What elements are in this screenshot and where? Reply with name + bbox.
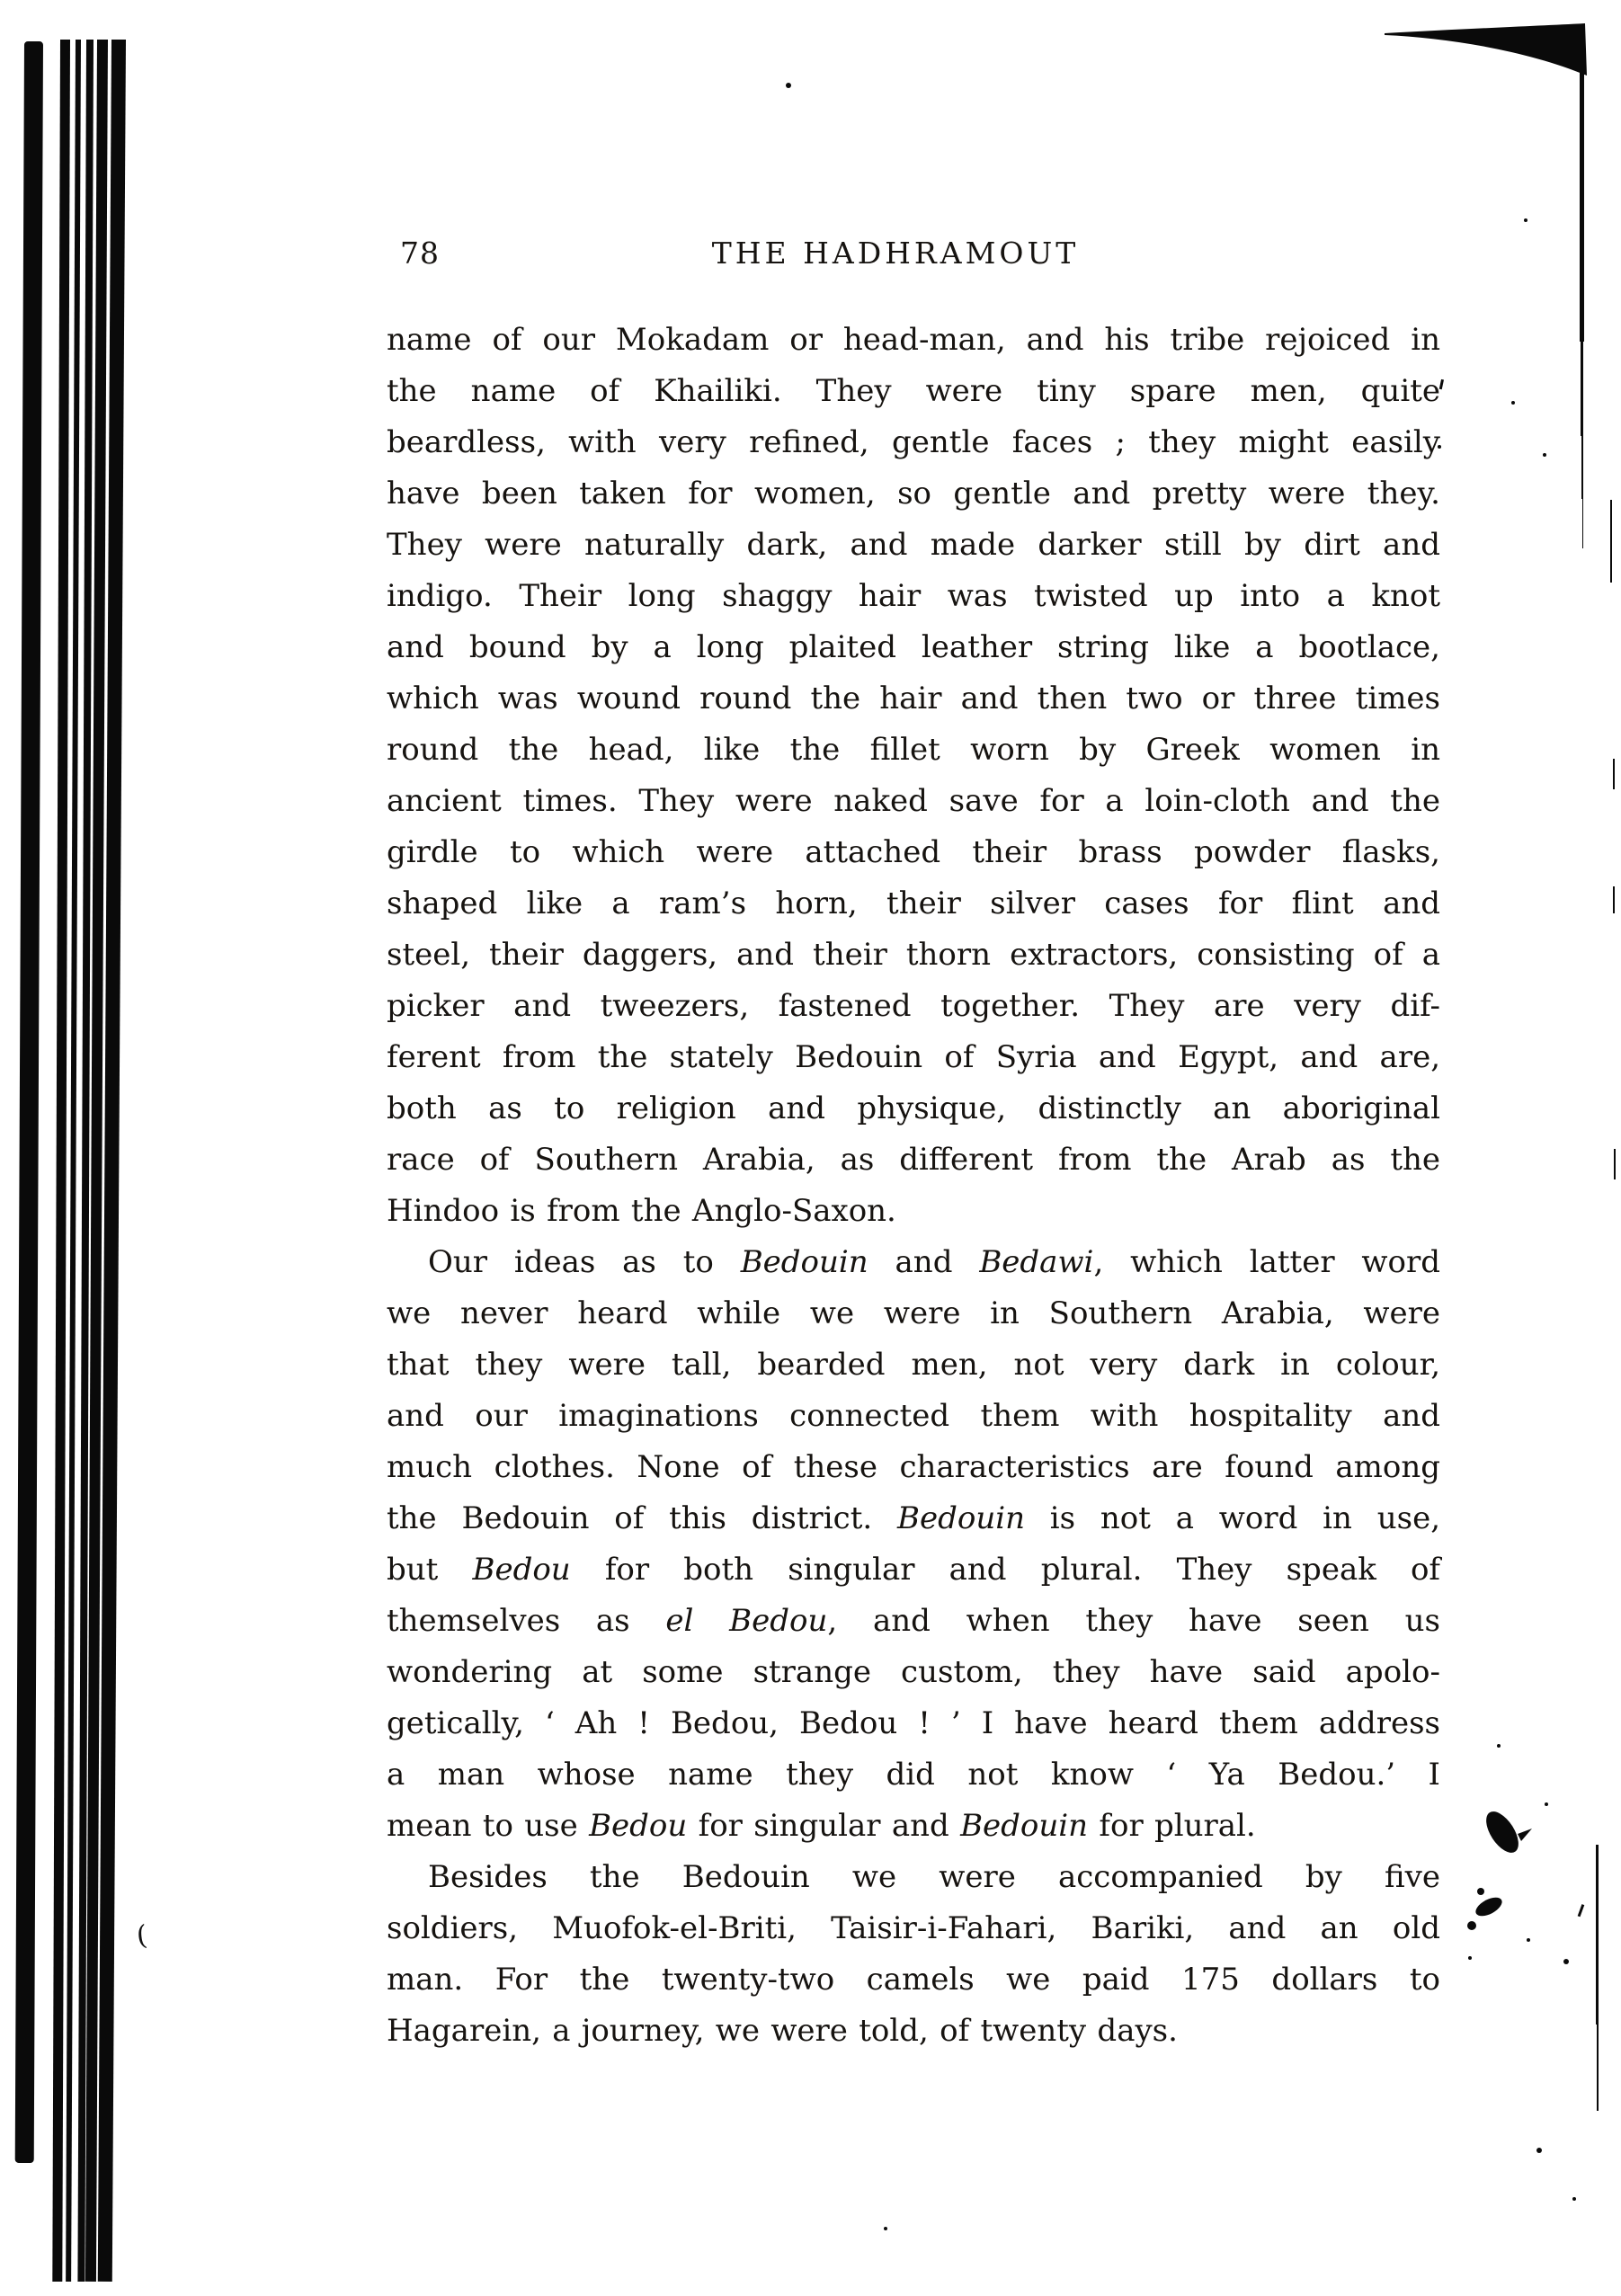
- ink-speck: [1468, 1956, 1472, 1960]
- ink-blot: [1518, 1829, 1532, 1841]
- margin-hairline: [1614, 1149, 1616, 1179]
- text-line: a man whose name they did not know ‘ Ya …: [387, 1749, 1440, 1801]
- text-line: beardless, with very refined, gentle fac…: [387, 417, 1440, 468]
- scanned-book-page: 78 THE HADHRAMOUT name of our Mokadam or…: [0, 0, 1621, 2296]
- text-line: but Bedou for both singular and plural. …: [387, 1544, 1440, 1596]
- margin-hairline: [1613, 759, 1615, 789]
- page-edge-line: [1582, 494, 1583, 548]
- text-line: which was wound round the hair and then …: [387, 673, 1440, 725]
- text-line: that they were tall, bearded men, not ve…: [387, 1339, 1440, 1391]
- body-text: name of our Mokadam or head-man, and his…: [387, 315, 1440, 2057]
- text-line: steel, their daggers, and their thorn ex…: [387, 930, 1440, 981]
- margin-hairline: [1597, 2021, 1599, 2111]
- ink-speck: [1572, 2197, 1576, 2201]
- text-line: much clothes. None of these characterist…: [387, 1442, 1440, 1493]
- text-line: have been taken for women, so gentle and…: [387, 468, 1440, 520]
- ink-speck: [1497, 1744, 1501, 1748]
- ink-speck: [1563, 1959, 1569, 1964]
- ink-blot: [1473, 1893, 1505, 1919]
- text-line: name of our Mokadam or head-man, and his…: [387, 315, 1440, 366]
- text-line: ferent from the stately Bedouin of Syria…: [387, 1032, 1440, 1083]
- text-line: Hindoo is from the Anglo-Saxon.: [387, 1186, 1440, 1237]
- page-edge-line: [1581, 432, 1583, 499]
- running-title: THE HADHRAMOUT: [369, 236, 1422, 271]
- text-line: ancient times. They were naked save for …: [387, 776, 1440, 827]
- text-line: man. For the twenty-two camels we paid 1…: [387, 1954, 1440, 2006]
- ink-speck: [1543, 453, 1546, 457]
- ink-speck: [786, 83, 791, 88]
- text-line: girdle to which were attached their bras…: [387, 827, 1440, 878]
- text-line: Hagarein, a journey, we were told, of tw…: [387, 2006, 1440, 2057]
- text-line: Our ideas as to Bedouin and Bedawi, whic…: [387, 1237, 1440, 1288]
- text-line: wondering at some strange custom, they h…: [387, 1647, 1440, 1698]
- text-line: both as to religion and physique, distin…: [387, 1083, 1440, 1135]
- ink-speck: [1477, 1888, 1484, 1895]
- binding-stripe: [15, 41, 43, 2163]
- ink-speck: [1527, 1938, 1530, 1942]
- margin-hairline: [1596, 1845, 1599, 2025]
- ink-speck: [1536, 2148, 1542, 2153]
- text-line: we never heard while we were in Southern…: [387, 1288, 1440, 1339]
- ink-speck: [1578, 1904, 1585, 1917]
- margin-hairline: [1613, 886, 1615, 913]
- ink-speck: [1467, 1921, 1476, 1930]
- margin-hairline: [1610, 500, 1612, 583]
- page-curl-shadow: [1385, 23, 1587, 76]
- text-line: the Bedouin of this district. Bedouin is…: [387, 1493, 1440, 1544]
- text-line: soldiers, Muofok-el-Briti, Taisir-i-Faha…: [387, 1903, 1440, 1954]
- ink-speck: [884, 2227, 887, 2230]
- text-line: They were naturally dark, and made darke…: [387, 520, 1440, 571]
- text-line: race of Southern Arabia, as different fr…: [387, 1135, 1440, 1186]
- ink-blot: [1480, 1806, 1525, 1858]
- page-header: 78 THE HADHRAMOUT: [369, 236, 1422, 275]
- ink-speck: [1511, 401, 1515, 405]
- text-line: shaped like a ram’s horn, their silver c…: [387, 878, 1440, 930]
- page-edge-line: [1581, 337, 1583, 436]
- page-edge-line: [1580, 72, 1584, 342]
- text-line: and our imaginations connected them with…: [387, 1391, 1440, 1442]
- text-line: picker and tweezers, fastened together. …: [387, 981, 1440, 1032]
- text-line: indigo. Their long shaggy hair was twist…: [387, 571, 1440, 622]
- text-line: the name of Khailiki. They were tiny spa…: [387, 366, 1440, 417]
- text-line: getically, ‘ Ah ! Bedou, Bedou ! ’ I hav…: [387, 1698, 1440, 1749]
- ink-speck: [1524, 218, 1527, 222]
- text-line: round the head, like the fillet worn by …: [387, 725, 1440, 776]
- stray-pencil-mark: (: [135, 1919, 148, 1952]
- ink-speck: [1545, 1802, 1548, 1806]
- text-line: mean to use Bedou for singular and Bedou…: [387, 1801, 1440, 1852]
- text-line: and bound by a long plaited leather stri…: [387, 622, 1440, 673]
- text-line: themselves as el Bedou, and when they ha…: [387, 1596, 1440, 1647]
- text-line: Besides the Bedouin we were accompanied …: [387, 1852, 1440, 1903]
